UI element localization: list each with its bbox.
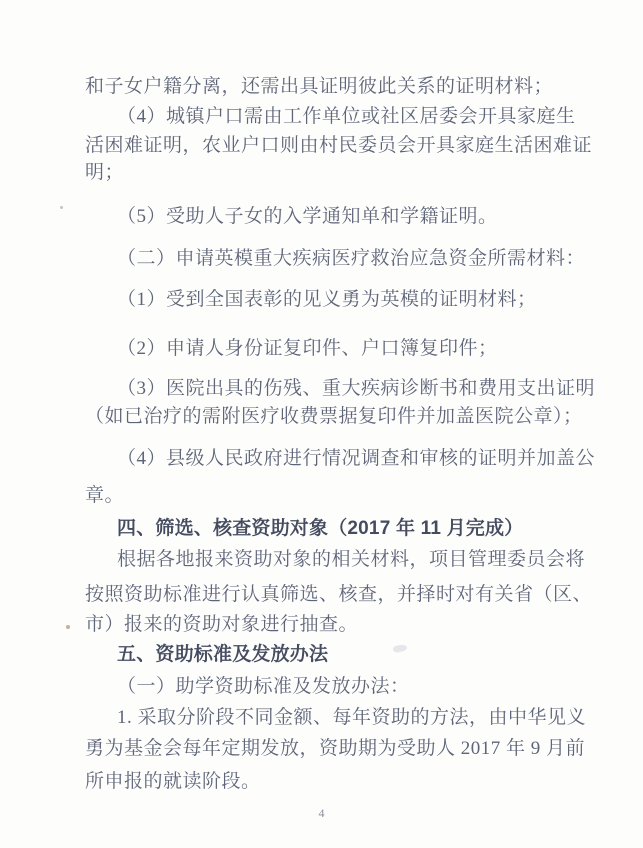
- text-line: 和子女户籍分离，还需出具证明彼此关系的证明材料；: [85, 74, 553, 100]
- page-number: 4: [0, 806, 643, 821]
- text-line: 按照资助标准进行认真筛选、核查，并择时对有关省（区、: [85, 582, 592, 608]
- section-heading-5: 五、资助标准及发放办法: [117, 642, 328, 668]
- text-line: 根据各地报来资助对象的相关材料，项目管理委员会将: [117, 547, 585, 573]
- text-line: （4）城镇户口需由工作单位或社区居委会开具家庭生: [117, 104, 576, 130]
- text-line: （5）受助人子女的入学通知单和学籍证明。: [117, 204, 498, 230]
- text-line: 明；: [85, 160, 124, 186]
- scan-speck: [60, 206, 63, 209]
- text-line: 活困难证明，农业户口则由村民委员会开具家庭生活困难证: [85, 133, 592, 159]
- text-line: （4）县级人民政府进行情况调查和审核的证明并加盖公: [117, 446, 595, 472]
- scan-speck: [66, 625, 70, 629]
- text-line: （如已治疗的需附医疗收费票据复印件并加盖医院公章）；: [85, 404, 583, 430]
- text-line: （1）受到全国表彰的见义勇为英模的证明材料；: [117, 287, 537, 313]
- section-heading-4: 四、筛选、核查资助对象（2017 年 11 月完成）: [117, 516, 523, 542]
- text-line: （二）申请英模重大疾病医疗救治应急资金所需材料：: [117, 246, 585, 272]
- text-line: 1. 采取分阶段不同金额、每年资助的方法，由中华见义: [117, 705, 586, 731]
- text-line: （2）申请人身份证复印件、户口簿复印件；: [117, 336, 498, 362]
- scan-smudge: [392, 644, 407, 654]
- text-line: 所申报的就读阶段。: [85, 769, 261, 795]
- text-line: （3）医院出具的伤残、重大疾病诊断书和费用支出证明: [117, 376, 595, 402]
- scanned-document-page: 和子女户籍分离，还需出具证明彼此关系的证明材料； （4）城镇户口需由工作单位或社…: [0, 0, 643, 848]
- text-line: 章。: [85, 483, 124, 509]
- text-line: 勇为基金会每年定期发放，资助期为受助人 2017 年 9 月前: [85, 736, 585, 762]
- text-line: （一）助学资助标准及发放办法：: [117, 674, 410, 700]
- text-line: 市）报来的资助对象进行抽查。: [85, 612, 358, 638]
